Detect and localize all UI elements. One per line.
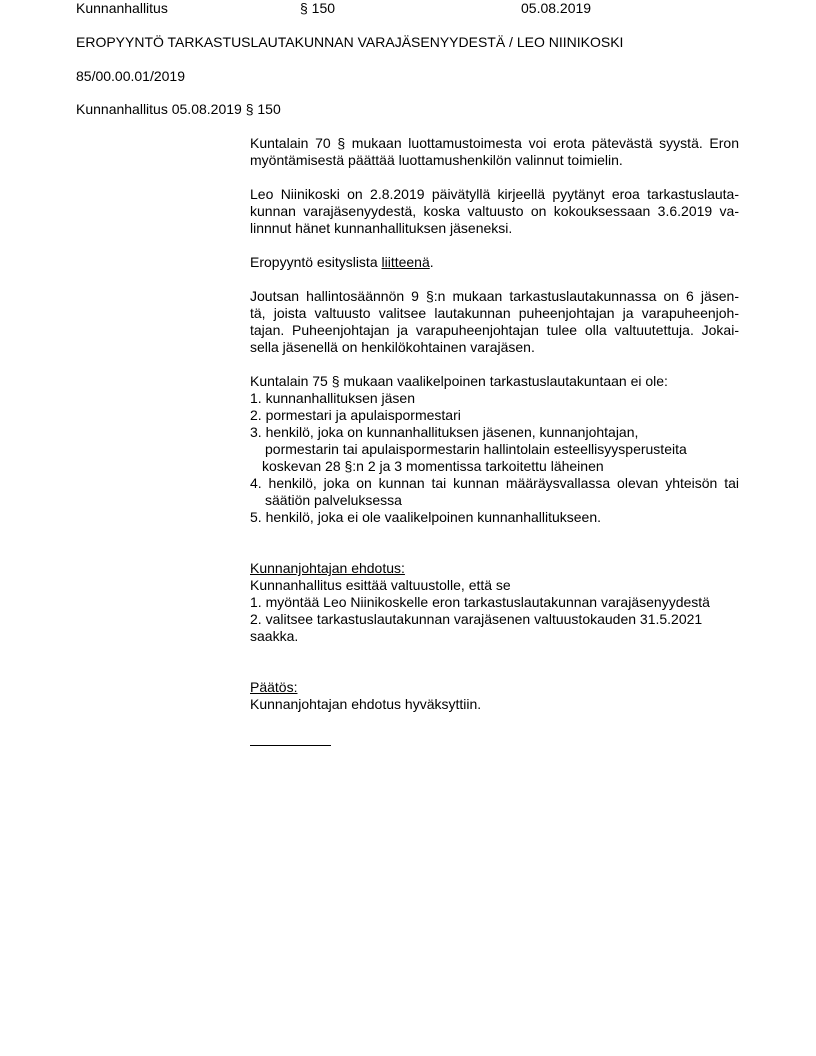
text-line: kunnan varajäsenyydestä, koska valtuusto… [250, 203, 739, 220]
text-line: tä, joista valtuusto valitsee lautakunna… [250, 305, 739, 322]
list-item-continuation: koskevan 28 §:n 2 ja 3 momentissa tarkoi… [250, 458, 739, 475]
list-item-continuation: pormestarin tai apulaispormestarin halli… [250, 441, 739, 458]
paragraph-resignation-law: Kuntalain 70 § mukaan luottamustoimesta … [250, 135, 739, 169]
proposal-line: Kunnanhallitus esittää valtuustolle, ett… [250, 577, 739, 594]
meeting-reference: Kunnanhallitus 05.08.2019 § 150 [76, 101, 281, 118]
decision-section: Päätös: Kunnanjohtajan ehdotus hyväksytt… [250, 679, 739, 713]
text-line: tajan. Puheenjohtajan ja varapuheenjohta… [250, 322, 739, 339]
decision-heading: Päätös: [250, 679, 739, 696]
paragraph-resignation-request: Leo Niinikoski on 2.8.2019 päivätyllä ki… [250, 186, 739, 237]
closing-rule [250, 730, 331, 746]
eligibility-list: 1. kunnanhallituksen jäsen 2. pormestari… [250, 390, 739, 526]
text-line: myöntämisestä päättää luottamushenkilön … [250, 152, 739, 169]
proposal-line: 1. myöntää Leo Niinikoskelle eron tarkas… [250, 594, 739, 611]
document-body: Kuntalain 70 § mukaan luottamustoimesta … [250, 135, 739, 746]
list-item: 4. henkilö, joka on kunnan tai kunnan mä… [250, 475, 739, 492]
list-item: 2. pormestari ja apulaispormestari [250, 407, 739, 424]
proposal-section: Kunnanjohtajan ehdotus: Kunnanhallitus e… [250, 560, 739, 645]
text-line: Joutsan hallintosäännön 9 §:n mukaan tar… [250, 288, 739, 305]
paragraph-attachment: Eropyyntö esityslista liitteenä. [250, 254, 739, 271]
proposal-line: saakka. [250, 628, 739, 645]
text-line: sella jäsenellä on henkilökohtainen vara… [250, 339, 739, 356]
text-line: Leo Niinikoski on 2.8.2019 päivätyllä ki… [250, 186, 739, 203]
header-date: 05.08.2019 [521, 0, 591, 17]
eligibility-section: Kuntalain 75 § mukaan vaalikelpoinen tar… [250, 373, 739, 526]
document-number: 85/00.00.01/2019 [76, 68, 185, 85]
list-item: 3. henkilö, joka on kunnanhallituksen jä… [250, 424, 739, 441]
eligibility-intro: Kuntalain 75 § mukaan vaalikelpoinen tar… [250, 373, 739, 390]
document-title: EROPYYNTÖ TARKASTUSLAUTAKUNNAN VARAJÄSEN… [76, 34, 623, 51]
paragraph-board-composition: Joutsan hallintosäännön 9 §:n mukaan tar… [250, 288, 739, 356]
attachment-suffix: . [430, 254, 434, 270]
attachment-prefix: Eropyyntö esityslista [250, 254, 382, 270]
header-section-number: § 150 [300, 0, 335, 17]
text-line: linnnut hänet kunnanhallituksen jäseneks… [250, 220, 739, 237]
attachment-link[interactable]: liitteenä [382, 254, 430, 270]
list-item-continuation: säätiön palveluksessa [250, 492, 739, 509]
list-item: 5. henkilö, joka ei ole vaalikelpoinen k… [250, 509, 739, 526]
header-body-name: Kunnanhallitus [76, 0, 168, 17]
text-line: Kuntalain 70 § mukaan luottamustoimesta … [250, 135, 739, 152]
list-item: 1. kunnanhallituksen jäsen [250, 390, 739, 407]
proposal-heading: Kunnanjohtajan ehdotus: [250, 560, 739, 577]
proposal-line: 2. valitsee tarkastuslautakunnan varajäs… [250, 611, 739, 628]
decision-text: Kunnanjohtajan ehdotus hyväksyttiin. [250, 696, 739, 713]
